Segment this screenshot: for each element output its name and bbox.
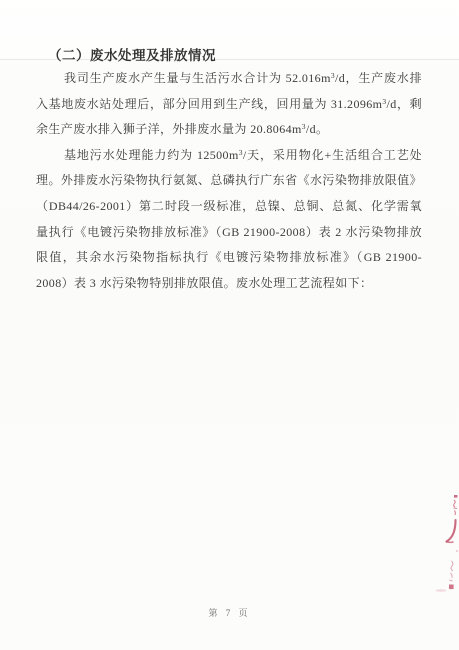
red-ink-hook-stroke	[447, 520, 456, 542]
red-ink-squiggle	[454, 500, 458, 515]
red-ink-faint-squiggle	[450, 561, 454, 581]
red-ink-dot	[456, 550, 458, 552]
paragraph-text: 基地污水处理能力约为 12500m	[64, 148, 239, 162]
red-ink-marks	[430, 492, 459, 598]
paragraph-wastewater-volumes: 我司生产废水产生量与生活污水合计为 52.016m3/d，生产废水排入基地废水站…	[36, 66, 422, 143]
paragraph-text: /d。	[306, 122, 329, 136]
paragraph-treatment-standards: 基地污水处理能力约为 12500m3/天，采用物化+生活组合工艺处理。外排废水污…	[36, 143, 422, 297]
document-body: 我司生产废水产生量与生活污水合计为 52.016m3/d，生产废水排入基地废水站…	[36, 66, 422, 296]
red-ink-smudge	[436, 589, 447, 591]
paragraph-text: /天，采用物化+生活组合工艺处理。外排废水污染物执行氨氮、总磷执行广东省《水污染…	[36, 148, 422, 290]
scanned-document-page: （二）废水处理及排放情况 我司生产废水产生量与生活污水合计为 52.016m3/…	[0, 0, 459, 650]
red-ink-hook-foot	[447, 542, 454, 543]
red-ink-dot	[454, 495, 457, 498]
page-number: 第 7 页	[0, 606, 459, 619]
red-ink-square	[449, 585, 454, 590]
section-heading: （二）废水处理及排放情况	[48, 44, 216, 64]
paragraph-text: 我司生产废水产生量与生活污水合计为 52.016m	[64, 71, 331, 85]
